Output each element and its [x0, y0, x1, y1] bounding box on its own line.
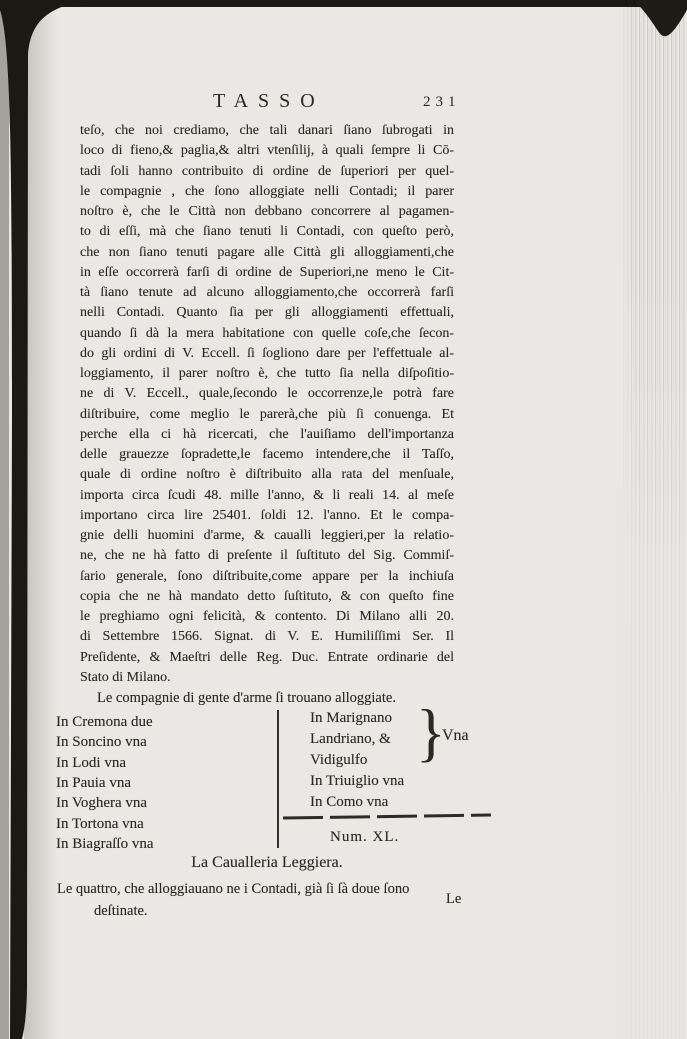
scan-left-gray-edge [0, 0, 9, 1039]
body-text-line: tà ſiano tenute ad alcuno alloggiamento,… [80, 283, 454, 303]
body-text-line: loggiamento, il parer noſtro è, che tutt… [80, 364, 454, 384]
lodging-entry: In Lodi vna [56, 753, 153, 773]
closing-line-1: Le quattro, che alloggiauano ne i Contad… [57, 881, 463, 898]
body-text-line: delle grauezze ſopradette,le facemo inte… [80, 445, 454, 465]
closing-line-2: deſtinate. [94, 903, 148, 920]
body-text-line: importa circa ſcudi 48. mille l'anno, & … [80, 486, 454, 506]
body-paragraph: teſo, che noi crediamo, che tali danari … [80, 121, 454, 668]
lodgings-right-items: In Triuiglio vnaIn Como vna [310, 771, 404, 813]
lodgings-braced-group: In MarignanoLandriano, &Vidigulfo [310, 708, 404, 771]
lodging-entry: In Como vna [310, 792, 404, 813]
body-text-line: quale di ordine noſtro è diſtribuito all… [80, 465, 454, 485]
body-text-line: loco di fieno,& paglia,& altri vtenſilij… [80, 141, 454, 161]
body-text-line: diſtribuire, come meglio le parerà,che p… [80, 405, 454, 425]
lodging-entry: In Triuiglio vna [310, 771, 404, 792]
body-text-line: teſo, che noi crediamo, che tali danari … [80, 121, 454, 141]
body-text-line: gnie delli huomini d'arme, & caualli leg… [80, 526, 454, 546]
body-text-line: nelli Contadi. Quanto ſia per gli allogg… [80, 303, 454, 323]
body-text-line: to di eſſi, mà che ſiano tenuti li Conta… [80, 222, 454, 242]
body-paragraph-last-line: Stato di Milano. [80, 668, 171, 688]
lodging-entry: In Pauia vna [56, 773, 153, 793]
running-title: TASSO [213, 90, 325, 113]
body-text-line: le preghiamo ogni felicità, & contento. … [80, 607, 454, 627]
body-text-line: copia che ne hà mandato detto ſuſtituto,… [80, 587, 454, 607]
lodging-entry: In Marignano [310, 708, 404, 729]
lodging-entry: In Cremona due [56, 712, 153, 732]
body-text-line: quando ſi dà la mera habitatione con que… [80, 324, 454, 344]
page-number: 231 [423, 94, 461, 111]
dashed-section-rule [283, 814, 491, 820]
body-text-line: ne di V. Eccell., quale,ſecondo le occor… [80, 384, 454, 404]
body-text-line: che non ſiano tenuti pagare alle Città g… [80, 243, 454, 263]
gutter-shadow [24, 0, 58, 1039]
catchword: Le [446, 891, 461, 908]
lodging-entry: Vidigulfo [310, 750, 404, 771]
lodgings-right-column: In MarignanoLandriano, &Vidigulfo In Tri… [310, 708, 404, 813]
companies-intro-line: Le compagnie di gente d'arme ſi trouano … [97, 688, 396, 708]
lodging-entry: In Voghera vna [56, 793, 153, 813]
lodging-entry: Landriano, & [310, 729, 404, 750]
lodging-entry: In Tortona vna [56, 814, 153, 834]
lodgings-left-column: In Cremona dueIn Soncino vnaIn Lodi vnaI… [56, 712, 153, 854]
fore-edge-fade [619, 0, 687, 1039]
scan-top-black-bar [0, 0, 687, 7]
body-text-line: ſario generale, ſono diſtribuite,come ap… [80, 567, 454, 587]
section-title: La Caualleria Leggiera. [80, 854, 454, 872]
group-brace-label: Vna [442, 727, 469, 745]
body-text-line: ne, che ne hà fatto di preſente il ſuſti… [80, 546, 454, 566]
section-number: Num. XL. [330, 829, 399, 846]
body-text-line: tadi ſoli hanno contribuito di ordine de… [80, 162, 454, 182]
body-text-line: le compagnie , che ſono alloggiate nelli… [80, 182, 454, 202]
lodging-entry: In Soncino vna [56, 732, 153, 752]
body-text-line: in eſſe occorrerà farſi di ordine de Sup… [80, 263, 454, 283]
body-text-line: do gli ordini di V. Eccell. ſi ſogliono … [80, 344, 454, 364]
body-text-line: Preſidente, & Maeſtri delle Reg. Duc. En… [80, 648, 454, 668]
body-text-line: perche ella ci hà ricercati, che l'auiſi… [80, 425, 454, 445]
scanned-book-page: TASSO 231 teſo, che noi crediamo, che ta… [0, 0, 687, 1039]
body-text-line: importano circa lire 25401. ſoldi 12. l'… [80, 506, 454, 526]
column-divider-line [277, 710, 279, 848]
body-text-line: noſtro è, che le Città non debbano conco… [80, 202, 454, 222]
body-text-line: di Settembre 1566. Signat. di V. E. Humi… [80, 627, 454, 647]
lodging-entry: In Biagraſſo vna [56, 834, 153, 854]
